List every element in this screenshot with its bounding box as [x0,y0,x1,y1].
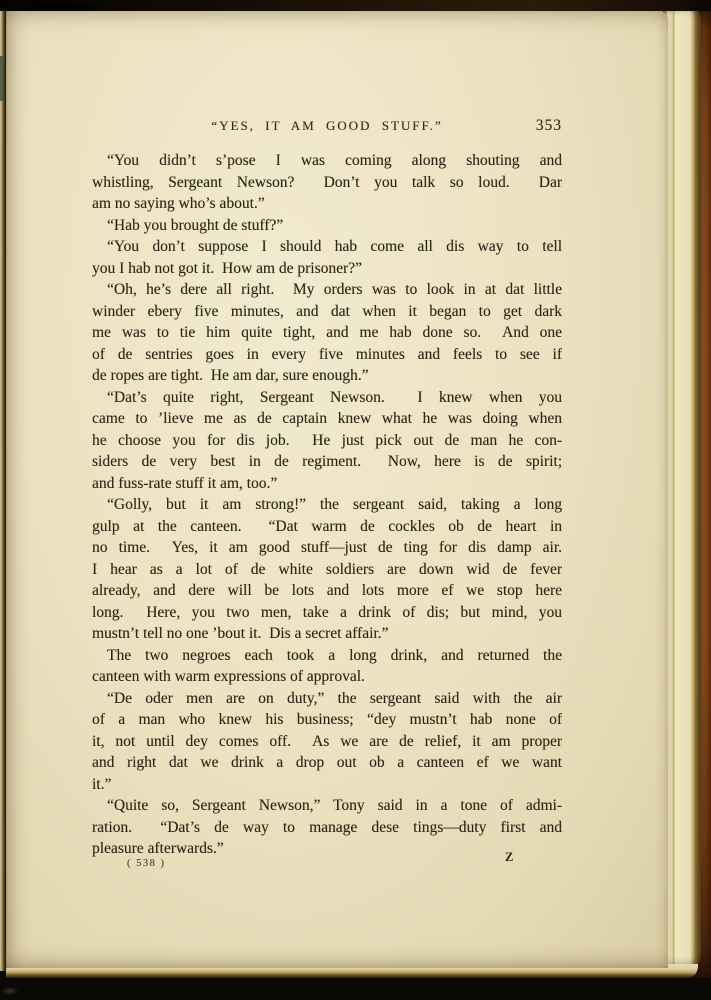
text-line: it, not until dey comes off. As we are d… [92,731,562,753]
text-line: am no saying who’s about.” [92,193,562,215]
text-line: canteen with warm expressions of approva… [92,666,562,688]
text-line: mustn’t tell no one ’bout it. Dis a secr… [92,623,562,645]
backdrop-bottom-band [0,978,711,1000]
text-line: it.” [92,774,562,796]
body-text: “You didn’t s’pose I was coming along sh… [92,150,562,860]
gutter-detail [0,56,4,101]
text-line: you I hab not got it. How am de prisoner… [92,258,562,280]
book-page: “YES, IT AM GOOD STUFF.” 353 “You didn’t… [6,9,668,968]
text-line: “Hab you brought de stuff?” [92,215,562,237]
text-line: siders de very best in de regiment. Now,… [92,451,562,473]
text-line: already, and dere will be lots and lots … [92,580,562,602]
page-edges-right [664,7,701,969]
text-line: “De oder men are on duty,” the sergeant … [92,688,562,710]
text-line: long. Here, you two men, take a drink of… [92,602,562,624]
text-line: “Oh, he’s dere all right. My orders was … [92,279,562,301]
backdrop-top-band [0,0,711,11]
text-line: and right dat we drink a drop out ob a c… [92,752,562,774]
text-line: ration. “Dat’s de way to manage dese tin… [92,817,562,839]
signature-mark: Z [505,850,514,865]
text-line: came to ’lieve me as de captain knew wha… [92,408,562,430]
text-line: de ropes are tight. He am dar, sure enou… [92,365,562,387]
text-line: of a man who knew his business; “dey mus… [92,709,562,731]
gutter-edge [0,9,7,971]
text-line: winder ebery five minutes, and dat when … [92,301,562,323]
running-header-title: “YES, IT AM GOOD STUFF.” [211,118,442,133]
photo-backdrop: “YES, IT AM GOOD STUFF.” 353 “You didn’t… [0,0,711,1000]
text-line: “Dat’s quite right, Sergeant Newson. I k… [92,387,562,409]
printers-mark: ( 538 ) [127,858,166,869]
text-line: “You didn’t s’pose I was coming along sh… [92,150,562,172]
text-line: he choose you for dis job. He just pick … [92,430,562,452]
text-line: of de sentries goes in every five minute… [92,344,562,366]
text-line: I hear as a lot of de white soldiers are… [92,559,562,581]
text-line: no time. Yes, it am good stuff—just de t… [92,537,562,559]
text-line: pleasure afterwards.” [92,838,562,860]
text-line: The two negroes each took a long drink, … [92,645,562,667]
page-number: 353 [536,116,562,136]
text-line: and fuss-rate stuff it am, too.” [92,473,562,495]
text-line: me was to tie him quite tight, and me ha… [92,322,562,344]
text-line: whistling, Sergeant Newson? Don’t you ta… [92,172,562,194]
text-line: “Golly, but it am strong!” the sergeant … [92,494,562,516]
text-line: “Quite so, Sergeant Newson,” Tony said i… [92,795,562,817]
running-header: “YES, IT AM GOOD STUFF.” 353 [92,116,562,136]
text-line: gulp at the canteen. “Dat warm de cockle… [92,516,562,538]
text-line: “You don’t suppose I should hab come all… [92,236,562,258]
